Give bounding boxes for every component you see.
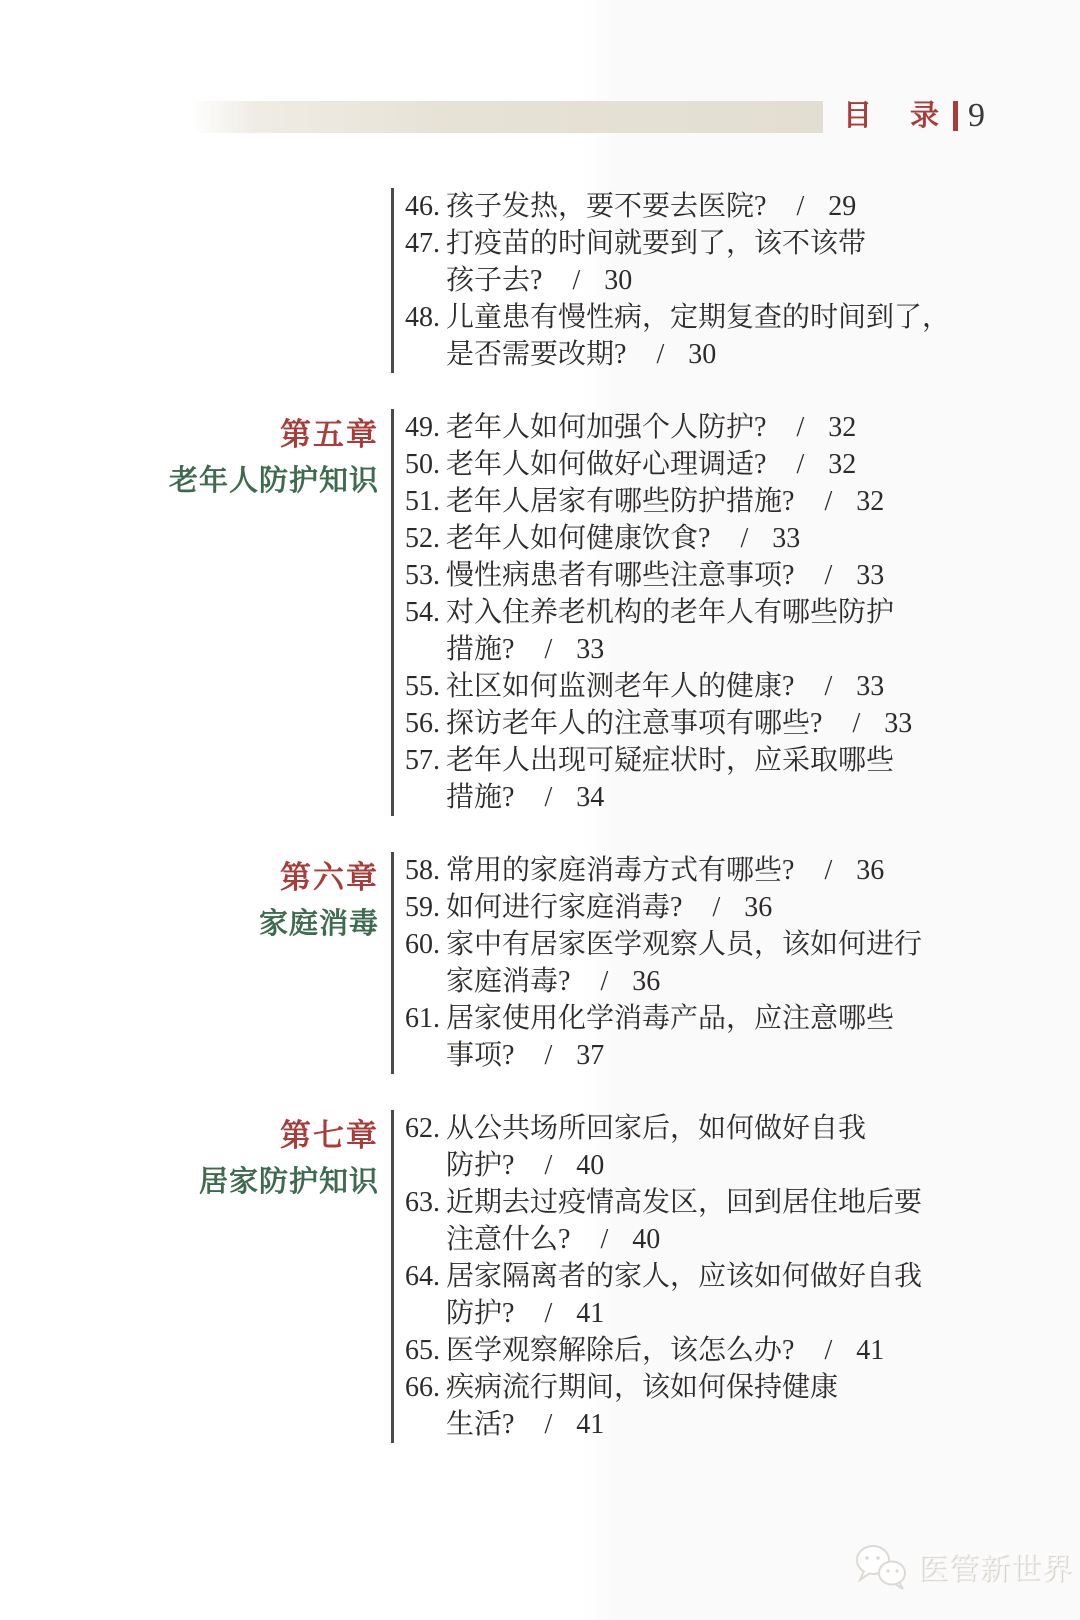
toc-item-line: 注意什么?/40 — [405, 1221, 1031, 1258]
chapter-title: 第七章 — [0, 1112, 379, 1159]
page-number: 9 — [968, 99, 985, 133]
item-number: 49. — [405, 409, 446, 446]
page-separator: / — [600, 966, 608, 997]
header-title-char: 录 — [910, 102, 939, 131]
item-text: 从公共场所回家后，如何做好自我 — [446, 1113, 866, 1144]
page-ref: 32 — [856, 486, 884, 517]
chapter-subtitle: 家庭消毒 — [0, 901, 379, 948]
toc-item-line: 57.老年人出现可疑症状时，应采取哪些 — [405, 742, 1031, 779]
item-number: 61. — [405, 1000, 446, 1037]
toc-item-line: 61.居家使用化学消毒产品，应注意哪些 — [405, 1000, 1031, 1037]
page-ref: 33 — [884, 708, 912, 739]
page-separator: / — [824, 486, 832, 517]
toc-item-line: 56.探访老年人的注意事项有哪些?/33 — [405, 705, 1031, 742]
page-ref: 33 — [772, 523, 800, 554]
item-text: 近期去过疫情高发区，回到居住地后要 — [446, 1187, 922, 1218]
item-text: 防护? — [446, 1298, 514, 1329]
chapter-label: 第七章居家防护知识 — [0, 1110, 391, 1443]
page-ref: 37 — [576, 1040, 604, 1071]
item-text: 生活? — [446, 1409, 514, 1440]
toc-item-line: 生活?/41 — [405, 1406, 1031, 1443]
item-text: 疾病流行期间，该如何保持健康 — [446, 1372, 838, 1403]
header-title-char: 目 — [843, 102, 872, 131]
page-separator: / — [572, 265, 580, 296]
page-ref: 30 — [604, 265, 632, 296]
chapter-label — [0, 188, 391, 373]
page-separator: / — [712, 892, 720, 923]
page-separator: / — [600, 1224, 608, 1255]
watermark-text: 医管新世界 — [918, 1555, 1073, 1585]
chapter-subtitle: 老年人防护知识 — [0, 458, 379, 505]
item-number: 58. — [405, 852, 446, 889]
item-text: 事项? — [446, 1040, 514, 1071]
item-number: 55. — [405, 668, 446, 705]
toc-item-line: 63.近期去过疫情高发区，回到居住地后要 — [405, 1184, 1031, 1221]
toc-items: 49.老年人如何加强个人防护?/3250.老年人如何做好心理调适?/3251.老… — [391, 409, 1031, 816]
item-number: 65. — [405, 1332, 446, 1369]
item-text: 注意什么? — [446, 1224, 570, 1255]
item-text: 老年人出现可疑症状时，应采取哪些 — [446, 745, 894, 776]
page-ref: 40 — [576, 1150, 604, 1181]
item-number: 62. — [405, 1110, 446, 1147]
item-text: 是否需要改期? — [446, 339, 626, 370]
page-ref: 41 — [856, 1335, 884, 1366]
item-text: 家庭消毒? — [446, 966, 570, 997]
toc-item-line: 64.居家隔离者的家人，应该如何做好自我 — [405, 1258, 1031, 1295]
item-text: 对入住养老机构的老年人有哪些防护 — [446, 597, 894, 628]
toc-item-line: 53.慢性病患者有哪些注意事项?/33 — [405, 557, 1031, 594]
toc-item-line: 65.医学观察解除后，该怎么办?/41 — [405, 1332, 1031, 1369]
page-separator: / — [544, 634, 552, 665]
toc-item-line: 54.对入住养老机构的老年人有哪些防护 — [405, 594, 1031, 631]
toc-items: 58.常用的家庭消毒方式有哪些?/3659.如何进行家庭消毒?/3660.家中有… — [391, 852, 1031, 1074]
item-number: 64. — [405, 1258, 446, 1295]
toc-item-line: 52.老年人如何健康饮食?/33 — [405, 520, 1031, 557]
item-number: 52. — [405, 520, 446, 557]
item-text: 居家使用化学消毒产品，应注意哪些 — [446, 1003, 894, 1034]
item-text: 家中有居家医学观察人员，该如何进行 — [446, 929, 922, 960]
item-text: 居家隔离者的家人，应该如何做好自我 — [446, 1261, 922, 1292]
item-number: 51. — [405, 483, 446, 520]
toc-item-line: 事项?/37 — [405, 1037, 1031, 1074]
item-text: 老年人如何做好心理调适? — [446, 449, 766, 480]
toc-item-line: 62.从公共场所回家后，如何做好自我 — [405, 1110, 1031, 1147]
toc: 46.孩子发热，要不要去医院?/2947.打疫苗的时间就要到了，该不该带孩子去?… — [0, 188, 1080, 1443]
item-text: 常用的家庭消毒方式有哪些? — [446, 855, 794, 886]
item-text: 防护? — [446, 1150, 514, 1181]
toc-item-line: 66.疾病流行期间，该如何保持健康 — [405, 1369, 1031, 1406]
toc-item-line: 防护?/41 — [405, 1295, 1031, 1332]
wechat-chat-bubbles-icon — [852, 1540, 910, 1599]
chapter-label: 第六章家庭消毒 — [0, 852, 391, 1074]
item-text: 医学观察解除后，该怎么办? — [446, 1335, 794, 1366]
toc-item-line: 49.老年人如何加强个人防护?/32 — [405, 409, 1031, 446]
item-number: 57. — [405, 742, 446, 779]
toc-item-line: 59.如何进行家庭消毒?/36 — [405, 889, 1031, 926]
toc-items: 62.从公共场所回家后，如何做好自我防护?/4063.近期去过疫情高发区，回到居… — [391, 1110, 1031, 1443]
item-text: 儿童患有慢性病，定期复查的时间到了， — [446, 302, 950, 333]
toc-item-line: 孩子去?/30 — [405, 262, 1031, 299]
item-text: 打疫苗的时间就要到了，该不该带 — [446, 228, 866, 259]
page-separator: / — [740, 523, 748, 554]
item-text: 老年人如何健康饮食? — [446, 523, 710, 554]
page-ref: 36 — [744, 892, 772, 923]
item-number: 63. — [405, 1184, 446, 1221]
page-ref: 36 — [856, 855, 884, 886]
page-ref: 32 — [828, 449, 856, 480]
item-text: 慢性病患者有哪些注意事项? — [446, 560, 794, 591]
toc-section: 46.孩子发热，要不要去医院?/2947.打疫苗的时间就要到了，该不该带孩子去?… — [0, 188, 1080, 373]
item-text: 措施? — [446, 634, 514, 665]
page-ref: 41 — [576, 1409, 604, 1440]
item-text: 老年人如何加强个人防护? — [446, 412, 766, 443]
item-text: 探访老年人的注意事项有哪些? — [446, 708, 822, 739]
page-header: 目 录 9 — [843, 96, 985, 136]
item-text: 措施? — [446, 782, 514, 813]
item-text: 社区如何监测老年人的健康? — [446, 671, 794, 702]
toc-items: 46.孩子发热，要不要去医院?/2947.打疫苗的时间就要到了，该不该带孩子去?… — [391, 188, 1031, 373]
chapter-title: 第五章 — [0, 411, 379, 458]
toc-section: 第六章家庭消毒58.常用的家庭消毒方式有哪些?/3659.如何进行家庭消毒?/3… — [0, 852, 1080, 1074]
item-number: 59. — [405, 889, 446, 926]
toc-item-line: 47.打疫苗的时间就要到了，该不该带 — [405, 225, 1031, 262]
page-ref: 32 — [828, 412, 856, 443]
header-gradient-bar — [190, 101, 823, 133]
toc-item-line: 51.老年人居家有哪些防护措施?/32 — [405, 483, 1031, 520]
item-number: 47. — [405, 225, 446, 262]
chapter-subtitle: 居家防护知识 — [0, 1159, 379, 1206]
page-separator: / — [544, 1298, 552, 1329]
toc-item-line: 防护?/40 — [405, 1147, 1031, 1184]
item-number: 54. — [405, 594, 446, 631]
page-separator: / — [824, 1335, 832, 1366]
page-separator: / — [796, 412, 804, 443]
page-separator: / — [544, 1040, 552, 1071]
page-separator: / — [796, 191, 804, 222]
page-ref: 41 — [576, 1298, 604, 1329]
toc-item-line: 是否需要改期?/30 — [405, 336, 1031, 373]
page-separator: / — [796, 449, 804, 480]
toc-item-line: 家庭消毒?/36 — [405, 963, 1031, 1000]
page-ref: 33 — [856, 671, 884, 702]
page-separator: / — [656, 339, 664, 370]
page-separator: / — [544, 782, 552, 813]
page-ref: 30 — [688, 339, 716, 370]
page-ref: 34 — [576, 782, 604, 813]
page-ref: 29 — [828, 191, 856, 222]
item-number: 48. — [405, 299, 446, 336]
page-ref: 40 — [632, 1224, 660, 1255]
toc-item-line: 58.常用的家庭消毒方式有哪些?/36 — [405, 852, 1031, 889]
item-text: 如何进行家庭消毒? — [446, 892, 682, 923]
item-number: 66. — [405, 1369, 446, 1406]
page-separator: / — [544, 1150, 552, 1181]
toc-item-line: 措施?/34 — [405, 779, 1031, 816]
page-separator: / — [824, 671, 832, 702]
page-ref: 36 — [632, 966, 660, 997]
item-number: 50. — [405, 446, 446, 483]
toc-item-line: 60.家中有居家医学观察人员，该如何进行 — [405, 926, 1031, 963]
toc-item-line: 措施?/33 — [405, 631, 1031, 668]
page-ref: 33 — [576, 634, 604, 665]
page-ref: 33 — [856, 560, 884, 591]
item-text: 孩子发热，要不要去医院? — [446, 191, 766, 222]
toc-section: 第七章居家防护知识62.从公共场所回家后，如何做好自我防护?/4063.近期去过… — [0, 1110, 1080, 1443]
chapter-title: 第六章 — [0, 854, 379, 901]
item-number: 60. — [405, 926, 446, 963]
chapter-label: 第五章老年人防护知识 — [0, 409, 391, 816]
item-text: 孩子去? — [446, 265, 542, 296]
page-separator: / — [824, 855, 832, 886]
toc-item-line: 50.老年人如何做好心理调适?/32 — [405, 446, 1031, 483]
toc-item-line: 46.孩子发热，要不要去医院?/29 — [405, 188, 1031, 225]
item-text: 老年人居家有哪些防护措施? — [446, 486, 794, 517]
item-number: 46. — [405, 188, 446, 225]
toc-item-line: 48.儿童患有慢性病，定期复查的时间到了， — [405, 299, 1031, 336]
page-separator: / — [852, 708, 860, 739]
item-number: 56. — [405, 705, 446, 742]
page-separator: / — [544, 1409, 552, 1440]
toc-section: 第五章老年人防护知识49.老年人如何加强个人防护?/3250.老年人如何做好心理… — [0, 409, 1080, 816]
header-divider-bar — [953, 101, 958, 131]
toc-item-line: 55.社区如何监测老年人的健康?/33 — [405, 668, 1031, 705]
page-separator: / — [824, 560, 832, 591]
item-number: 53. — [405, 557, 446, 594]
publisher-watermark: 医管新世界 — [852, 1540, 1073, 1599]
